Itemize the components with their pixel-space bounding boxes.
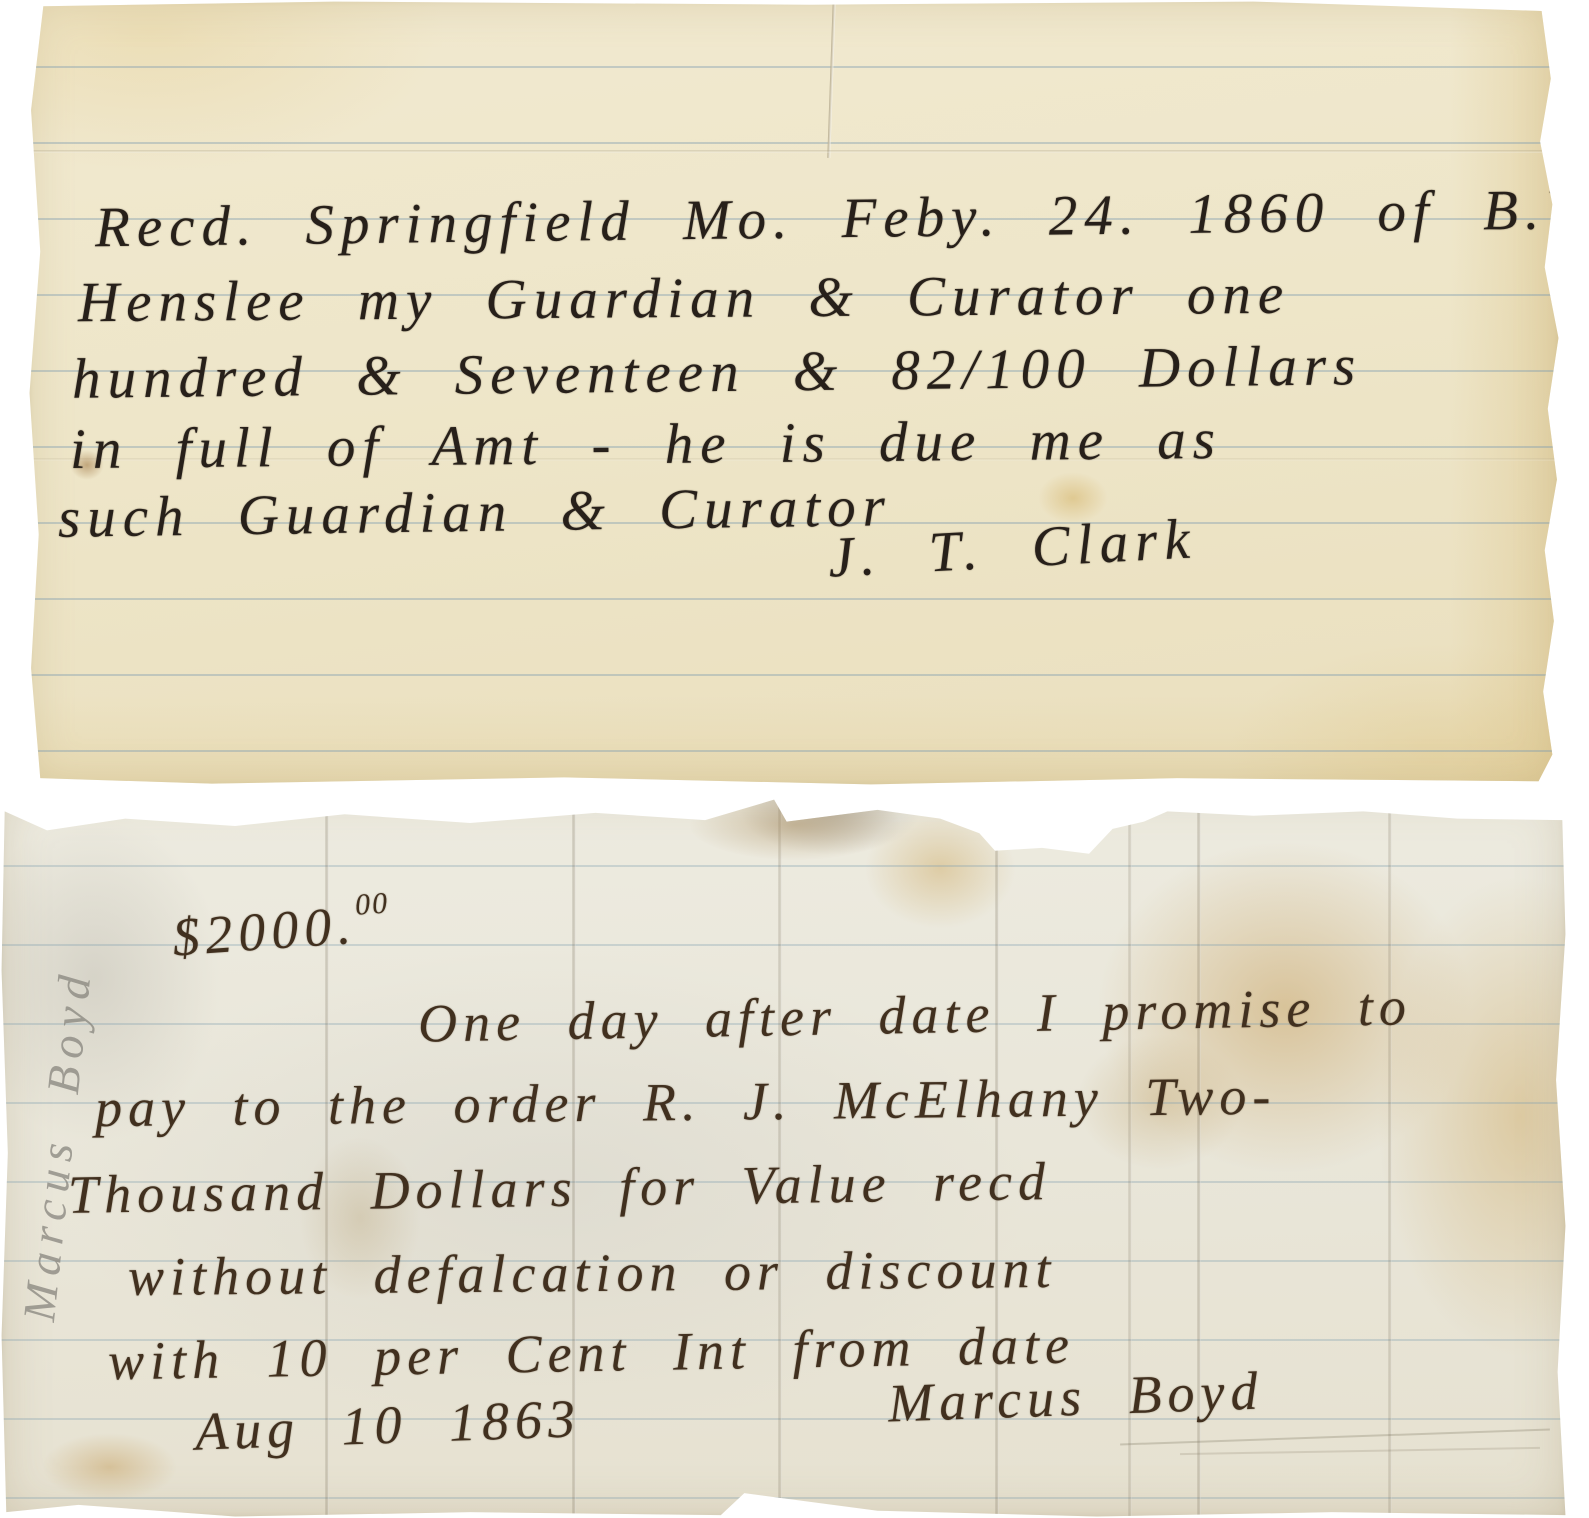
wrinkle-line <box>1120 1428 1550 1445</box>
note-signature: Marcus Boyd <box>887 1359 1264 1434</box>
note-amount: $2000.00 <box>170 886 393 968</box>
note-date: Aug 10 1863 <box>194 1387 582 1462</box>
fold-crease-horizontal <box>28 150 1560 153</box>
ruled-lines <box>28 0 1560 786</box>
receipt-line-2: Henslee my Guardian & Curator one <box>78 262 1291 335</box>
receipt-line-3: hundred & Seventeen & 82/100 Dollars <box>72 333 1363 412</box>
note-amount-cents: 00 <box>354 886 390 921</box>
note-line-4: without defalcation or discount <box>128 1238 1057 1308</box>
note-line-1: One day after date I promise to <box>418 975 1413 1054</box>
stain-spot <box>1038 472 1108 524</box>
wrinkle-line <box>1180 1447 1540 1455</box>
note-line-2: pay to the order R. J. McElhany Two- <box>95 1065 1277 1139</box>
fold-crease-vertical <box>778 788 782 1518</box>
receipt-line-5: such Guardian & Curator <box>58 474 893 551</box>
fold-crease-vertical <box>572 788 576 1518</box>
receipt-line-4: in full of Amt - he is due me as <box>70 407 1222 482</box>
fold-crease-vertical <box>1197 788 1201 1518</box>
fold-crease-horizontal <box>28 458 1560 461</box>
fold-crease-vertical <box>1128 788 1132 1518</box>
note-line-5: with 10 per Cent Int from date <box>108 1314 1076 1393</box>
promissory-note-1863-paper: $2000.00 One day after date I promise to… <box>0 788 1567 1518</box>
note-amount-dollars: $2000. <box>170 895 358 968</box>
fold-crease-vertical <box>1388 788 1392 1518</box>
fold-crease-vertical <box>995 788 999 1518</box>
note-line-3: Thousand Dollars for Value recd <box>68 1150 1052 1226</box>
receipt-line-1: Recd. Springfield Mo. Feby. 24. 1860 of … <box>95 177 1589 261</box>
receipt-signature: J. T. Clark <box>827 506 1199 590</box>
paper-tear <box>827 0 836 158</box>
stain-spot <box>300 1138 420 1298</box>
stain-spot <box>690 790 900 860</box>
ruled-lines <box>0 788 1567 1518</box>
stain-spot <box>70 450 104 480</box>
scanner-background: Recd. Springfield Mo. Feby. 24. 1860 of … <box>0 0 1589 1518</box>
receipt-1860-paper: Recd. Springfield Mo. Feby. 24. 1860 of … <box>28 0 1560 786</box>
margin-note-vertical: Marcus Boyd <box>6 908 108 1381</box>
